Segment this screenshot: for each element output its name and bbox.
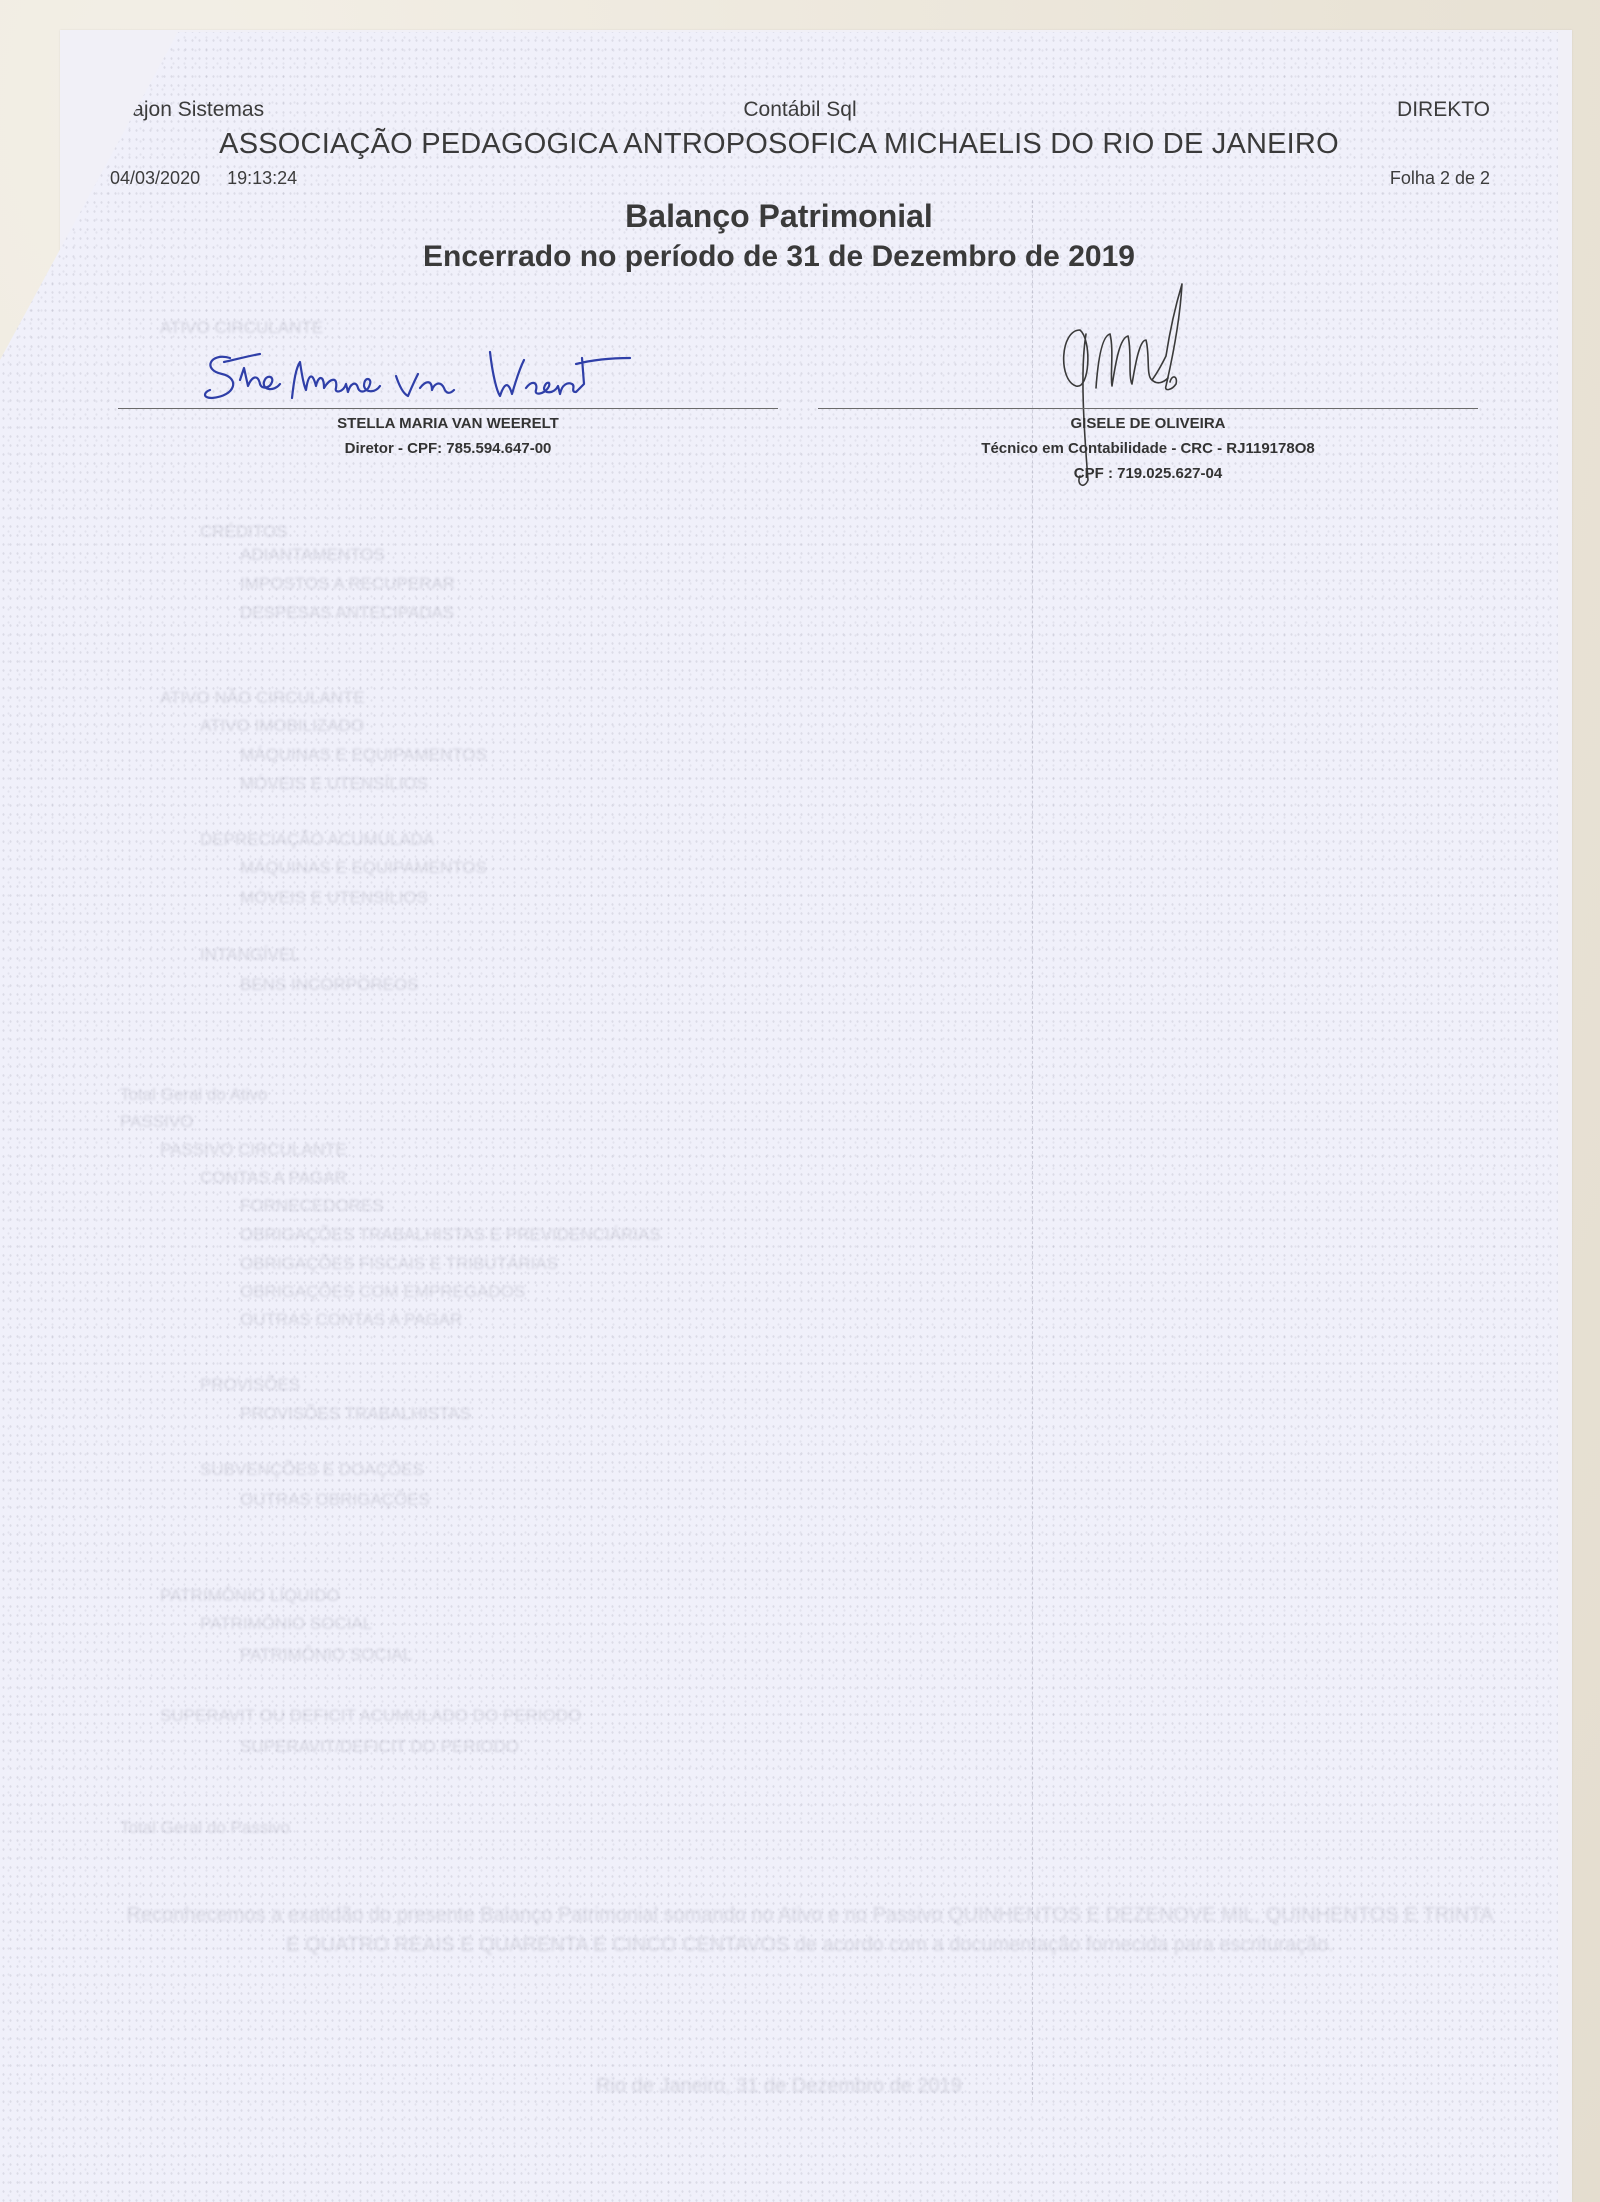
report-header: asajon Sistemas Contábil Sql DIREKTO xyxy=(110,98,1490,122)
signer-name: STELLA MARIA VAN WEERELT xyxy=(118,415,778,432)
signer-role: Técnico em Contabilidade - CRC - RJ11917… xyxy=(818,440,1478,457)
bleed-through-line: PATRIMÔNIO SOCIAL xyxy=(240,1645,412,1665)
document-page: ATIVO CIRCULANTECRÉDITOSADIANTAMENTOSIMP… xyxy=(0,0,1558,2202)
software-name: Contábil Sql xyxy=(570,98,1030,122)
bleed-through-line: PASSIVO xyxy=(120,1112,193,1132)
bleed-through-line: MÁQUINAS E EQUIPAMENTOS xyxy=(240,858,487,878)
bleed-through-line: PROVISÕES xyxy=(200,1375,300,1395)
bleed-through-line: DESPESAS ANTECIPADAS xyxy=(240,603,454,623)
bleed-through-line: SUPERAVIT/DEFICIT DO PERIODO xyxy=(240,1737,519,1757)
bleed-through-line: CONTAS A PAGAR xyxy=(200,1168,347,1188)
bleed-through-line: MÁQUINAS E EQUIPAMENTOS xyxy=(240,745,487,765)
bleed-through-line: OUTRAS CONTAS A PAGAR xyxy=(240,1310,462,1330)
document-subtitle: Encerrado no período de 31 de Dezembro d… xyxy=(0,240,1558,274)
bleed-through-line: OUTRAS OBRIGAÇÕES xyxy=(240,1490,430,1510)
bleed-through-line: ATIVO CIRCULANTE xyxy=(160,318,323,338)
software-vendor: asajon Sistemas xyxy=(110,98,570,122)
bleed-through-line: MÓVEIS E UTENSÍLIOS xyxy=(240,888,428,908)
bleed-through-line: PASSIVO CIRCULANTE xyxy=(160,1140,347,1160)
bleed-through-line: OBRIGAÇÕES TRABALHISTAS E PREVIDENCIÁRIA… xyxy=(240,1225,661,1245)
bleed-through-closing-paragraph: Reconhecemos a exatidão do presente Bala… xyxy=(120,1900,1500,1960)
bleed-through-line: Total Geral do Ativo xyxy=(120,1085,267,1105)
document-title: Balanço Patrimonial xyxy=(0,198,1558,235)
bleed-through-line: PATRIMÔNIO SOCIAL xyxy=(200,1614,372,1634)
bleed-through-line: BENS INCORPÓREOS xyxy=(240,975,419,995)
bleed-through-line: PROVISÕES TRABALHISTAS xyxy=(240,1404,471,1424)
bleed-through-line: OBRIGAÇÕES COM EMPREGADOS xyxy=(240,1282,525,1302)
bleed-through-line: ADIANTAMENTOS xyxy=(240,545,385,565)
bleed-through-line: FORNECEDORES xyxy=(240,1196,384,1216)
bleed-through-line: CRÉDITOS xyxy=(200,522,288,542)
bleed-through-line: OBRIGAÇÕES FISCAIS E TRIBUTÁRIAS xyxy=(240,1254,558,1274)
fold-line xyxy=(1032,200,1033,2100)
software-brand: DIREKTO xyxy=(1030,98,1490,122)
bleed-through-line: SUPERAVIT OU DEFICIT ACUMULADO DO PERIOD… xyxy=(160,1706,581,1726)
signature-line xyxy=(118,408,778,409)
signer-role: Diretor - CPF: 785.594.647-00 xyxy=(118,440,778,457)
signature-stella xyxy=(200,340,660,410)
bleed-through-closing-date: Rio de Janeiro, 31 de Dezembro de 2019 xyxy=(0,2075,1558,2098)
signature-line xyxy=(818,408,1478,409)
signer-name: GISELE DE OLIVEIRA xyxy=(818,415,1478,432)
signature-block-director: STELLA MARIA VAN WEERELT Diretor - CPF: … xyxy=(118,408,778,465)
bleed-through-line: MÓVEIS E UTENSÍLIOS xyxy=(240,774,428,794)
bleed-through-line: DEPRECIAÇÃO ACUMULADA xyxy=(200,830,434,850)
print-time: 19:13:24 xyxy=(227,168,297,188)
bleed-through-line: Total Geral do Passivo xyxy=(120,1818,290,1838)
bleed-through-line: SUBVENÇÕES E DOAÇÕES xyxy=(200,1460,424,1480)
print-date: 04/03/2020 xyxy=(110,168,200,188)
bleed-through-line: PATRIMÔNIO LÍQUIDO xyxy=(160,1586,340,1606)
bleed-through-line: ATIVO IMOBILIZADO xyxy=(200,716,364,736)
bleed-through-line: INTANGÍVEL xyxy=(200,945,300,965)
signature-block-accountant: GISELE DE OLIVEIRA Técnico em Contabilid… xyxy=(818,408,1478,482)
report-meta: 04/03/2020 19:13:24 Folha 2 de 2 xyxy=(110,168,1490,189)
sheet-number: Folha 2 de 2 xyxy=(1390,168,1490,189)
signer-cpf: CPF : 719.025.627-04 xyxy=(818,465,1478,482)
bleed-through-line: ATIVO NÃO CIRCULANTE xyxy=(160,688,365,708)
bleed-through-line: IMPOSTOS A RECUPERAR xyxy=(240,574,455,594)
organization-name: ASSOCIAÇÃO PEDAGOGICA ANTROPOSOFICA MICH… xyxy=(0,128,1558,161)
